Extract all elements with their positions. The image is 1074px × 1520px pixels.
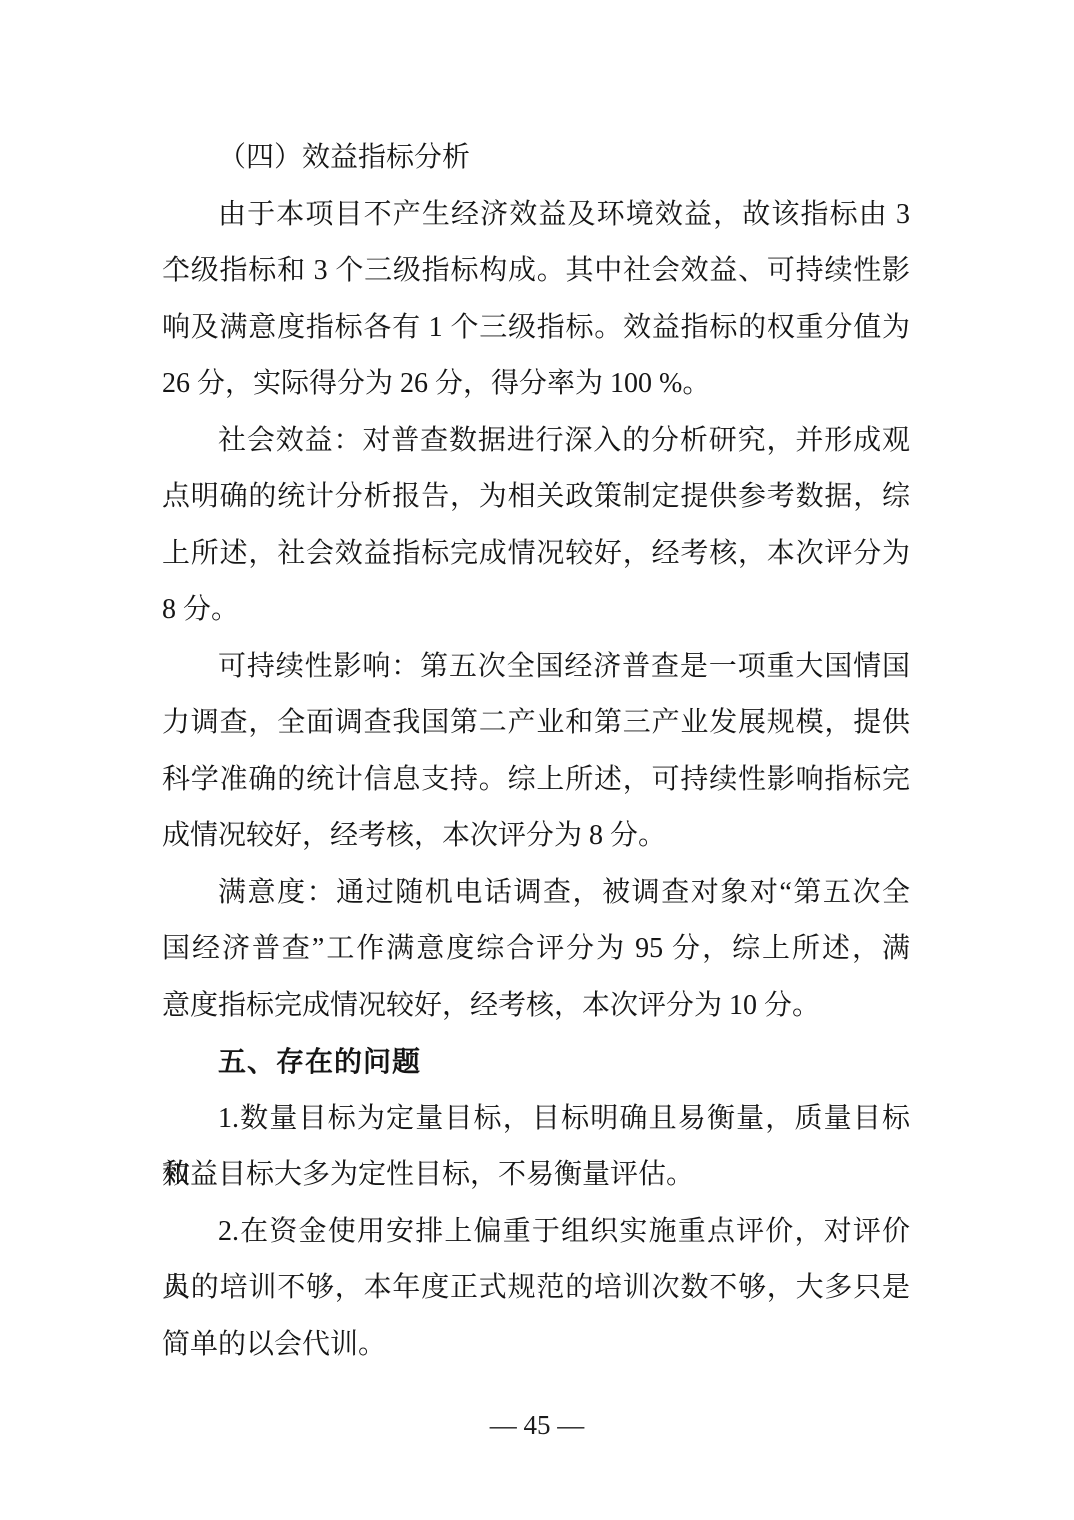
text-line: 26 分，实际得分为 26 分，得分率为 100 %。 <box>162 356 910 413</box>
text-line: 由于本项目不产生经济效益及环境效益，故该指标由 3 个 <box>162 187 910 244</box>
text-line: 国经济普查”工作满意度综合评分为 95 分，综上所述，满 <box>162 921 910 978</box>
text-line: 可持续性影响：第五次全国经济普查是一项重大国情国 <box>162 639 910 696</box>
page-number: — 45 — <box>490 1410 585 1440</box>
page-footer: — 45 — <box>0 1410 1074 1440</box>
text-line: 二级指标和 3 个三级指标构成。其中社会效益、可持续性影 <box>162 243 910 300</box>
document-page: （四）效益指标分析 由于本项目不产生经济效益及环境效益，故该指标由 3 个 二级… <box>0 0 1074 1520</box>
text-line: 员的培训不够，本年度正式规范的培训次数不够，大多只是 <box>162 1260 910 1317</box>
text-line: 成情况较好，经考核，本次评分为 8 分。 <box>162 808 910 865</box>
text-line: 满意度：通过随机电话调查，被调查对象对“第五次全 <box>162 865 910 922</box>
text-line: 上所述，社会效益指标完成情况较好，经考核，本次评分为 <box>162 526 910 583</box>
text-line: 意度指标完成情况较好，经考核，本次评分为 10 分。 <box>162 978 910 1035</box>
text-line: 效益目标大多为定性目标，不易衡量评估。 <box>162 1147 910 1204</box>
text-line: 1.数量目标为定量目标，目标明确且易衡量，质量目标和 <box>162 1091 910 1148</box>
text-line: 力调查，全面调查我国第二产业和第三产业发展规模，提供 <box>162 695 910 752</box>
text-line: 社会效益：对普查数据进行深入的分析研究，并形成观 <box>162 413 910 470</box>
section-heading: 五、存在的问题 <box>162 1034 910 1091</box>
text-line: 科学准确的统计信息支持。综上所述，可持续性影响指标完 <box>162 752 910 809</box>
text-line: 8 分。 <box>162 582 910 639</box>
subsection-heading: （四）效益指标分析 <box>162 130 910 187</box>
text-line: 响及满意度指标各有 1 个三级指标。效益指标的权重分值为 <box>162 300 910 357</box>
text-line: 简单的以会代训。 <box>162 1317 910 1374</box>
text-line: 2.在资金使用安排上偏重于组织实施重点评价，对评价人 <box>162 1204 910 1261</box>
text-line: 点明确的统计分析报告，为相关政策制定提供参考数据，综 <box>162 469 910 526</box>
page-content: （四）效益指标分析 由于本项目不产生经济效益及环境效益，故该指标由 3 个 二级… <box>162 130 910 1373</box>
